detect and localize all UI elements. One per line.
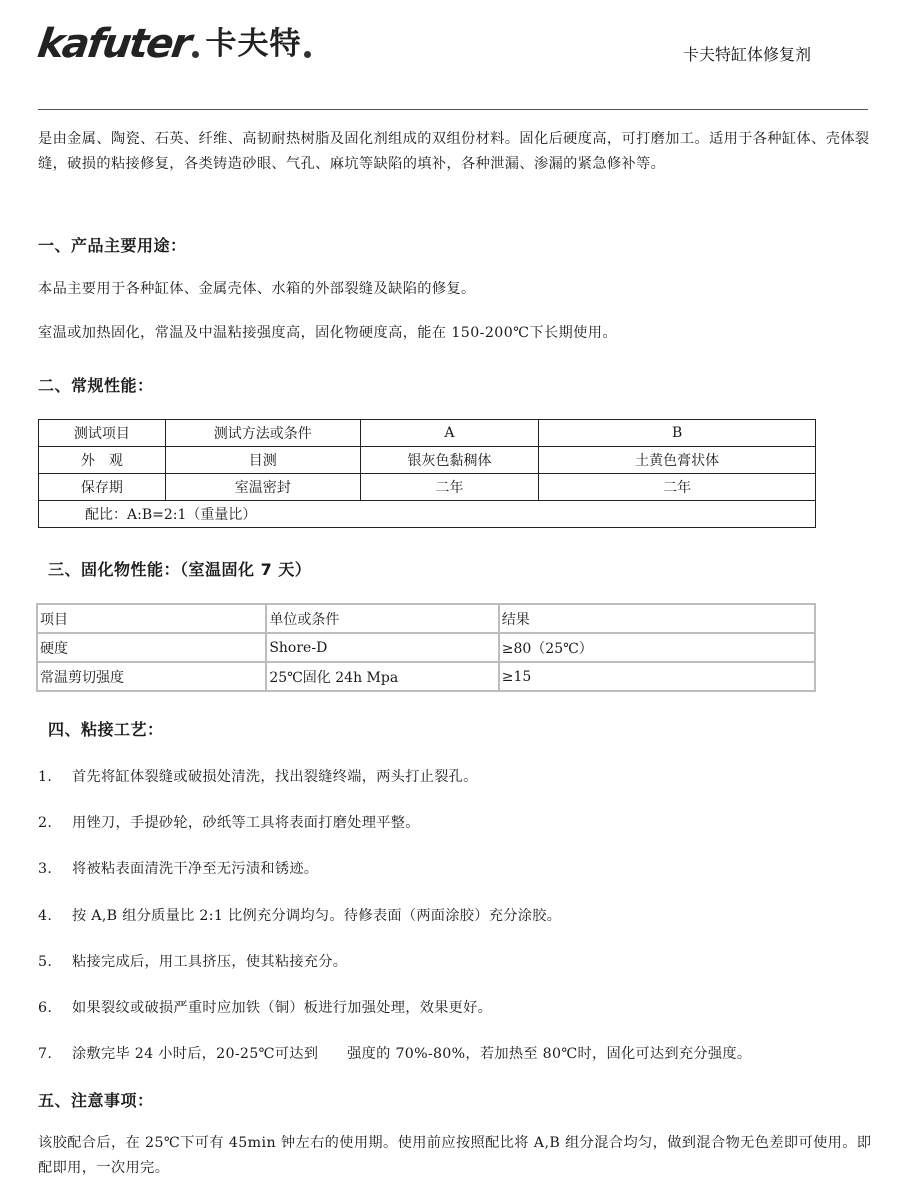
section-heading-notes: 五、注意事项： [38,1088,154,1111]
cured-properties-table: 项目 单位或条件 结果 硬度 Shore-D ≥80（25℃） 常温剪切强度 2… [36,603,816,692]
table-cell: ≥80（25℃） [499,633,815,662]
step-number: 3. [38,861,72,877]
list-item: 3.将被粘表面清洗干净至无污渍和锈迹。 [38,858,318,878]
table-header-cell: A [360,420,539,447]
step-text: 用锉刀，手提砂轮，砂纸等工具将表面打磨处理平整。 [72,815,420,831]
table-cell: 硬度 [37,633,266,662]
table-row: 常温剪切强度 25℃固化 24h Mpa ≥15 [37,662,815,691]
section-heading-process: 四、粘接工艺： [48,717,164,740]
logo-dot [304,51,311,58]
section-heading-cured: 三、固化物性能：（室温固化 7 天） [48,557,311,580]
list-item: 7.涂敷完毕 24 小时后，20-25℃可达到 强度的 70%-80%，若加热至… [38,1043,751,1063]
step-number: 5. [38,954,72,970]
table-cell: 二年 [360,474,539,501]
step-text: 首先将缸体裂缝或破损处清洗，找出裂缝终端，两头打止裂孔。 [72,769,478,785]
list-item: 4.按 A,B 组分质量比 2:1 比例充分调均匀。待修表面（两面涂胶）充分涂胶… [38,905,561,925]
table-header-cell: 项目 [37,604,266,633]
list-item: 1.首先将缸体裂缝或破损处清洗，找出裂缝终端，两头打止裂孔。 [38,766,478,786]
logo-latin: kafuter [35,24,192,64]
table-cell: 室温密封 [165,474,360,501]
brand-logo: kafuter 卡夫特 [38,24,317,64]
step-text: 如果裂纹或破损严重时应加铁（铜）板进行加强处理，效果更好。 [72,1000,492,1016]
logo-chinese: 卡夫特 [205,24,301,64]
step-text: 涂敷完毕 24 小时后，20-25℃可达到 强度的 70%-80%，若加热至 8… [72,1046,751,1062]
table-footer-row: 配比：A:B=2:1（重量比） [39,501,816,528]
table-cell: 银灰色黏稠体 [360,447,539,474]
list-item: 2.用锉刀，手提砂轮，砂纸等工具将表面打磨处理平整。 [38,812,420,832]
table-row: 保存期 室温密封 二年 二年 [39,474,816,501]
table-header-cell: 结果 [499,604,815,633]
step-number: 1. [38,769,72,785]
usage-paragraph-2: 室温或加热固化，常温及中温粘接强度高，固化物硬度高，能在 150-200℃下长期… [38,321,873,346]
table-row: 硬度 Shore-D ≥80（25℃） [37,633,815,662]
table-cell: ≥15 [499,662,815,691]
step-text: 将被粘表面清洗干净至无污渍和锈迹。 [72,861,318,877]
list-item: 6.如果裂纹或破损严重时应加铁（铜）板进行加强处理，效果更好。 [38,997,492,1017]
intro-paragraph: 是由金属、陶瓷、石英、纤维、高韧耐热树脂及固化剂组成的双组份材料。固化后硬度高，… [38,127,873,177]
table-cell: 常温剪切强度 [37,662,266,691]
list-item: 5.粘接完成后，用工具挤压，使其粘接充分。 [38,951,347,971]
properties-table: 测试项目 测试方法或条件 A B 外 观 目测 银灰色黏稠体 土黄色膏状体 保存… [38,419,816,528]
step-number: 4. [38,908,72,924]
step-text: 按 A,B 组分质量比 2:1 比例充分调均匀。待修表面（两面涂胶）充分涂胶。 [72,908,561,924]
usage-paragraph-1: 本品主要用于各种缸体、金属壳体、水箱的外部裂缝及缺陷的修复。 [38,277,873,302]
step-number: 7. [38,1046,72,1062]
table-header-cell: B [539,420,816,447]
table-row: 外 观 目测 银灰色黏稠体 土黄色膏状体 [39,447,816,474]
mix-ratio-cell: 配比：A:B=2:1（重量比） [39,501,816,528]
document-title: 卡夫特缸体修复剂 [683,42,811,65]
table-cell: 外 观 [39,447,166,474]
table-cell: 保存期 [39,474,166,501]
table-cell: 目测 [165,447,360,474]
table-header-row: 测试项目 测试方法或条件 A B [39,420,816,447]
table-cell: 二年 [539,474,816,501]
table-cell: Shore-D [266,633,498,662]
logo-dot [192,51,199,58]
step-text: 粘接完成后，用工具挤压，使其粘接充分。 [72,954,347,970]
table-cell: 土黄色膏状体 [539,447,816,474]
step-number: 6. [38,1000,72,1016]
table-header-cell: 测试方法或条件 [165,420,360,447]
header-divider [38,109,868,110]
section-heading-usage: 一、产品主要用途： [38,233,187,256]
table-header-cell: 单位或条件 [266,604,498,633]
step-number: 2. [38,815,72,831]
table-header-row: 项目 单位或条件 结果 [37,604,815,633]
notes-paragraph: 该胶配合后，在 25℃下可有 45min 钟左右的使用期。使用前应按照配比将 A… [38,1131,873,1181]
table-header-cell: 测试项目 [39,420,166,447]
table-cell: 25℃固化 24h Mpa [266,662,498,691]
section-heading-properties: 二、常规性能： [38,373,154,396]
